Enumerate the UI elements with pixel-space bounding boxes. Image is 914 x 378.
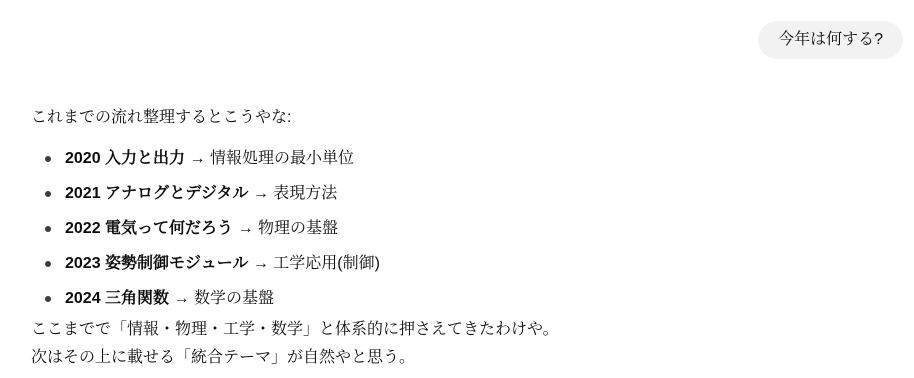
bullet-dot-icon (45, 226, 51, 232)
closing-line-2: 次はその上に載せる「統合テーマ」が自然やと思う。 (31, 344, 874, 372)
item-title: 2022 電気って何だろう (65, 220, 233, 237)
item-detail: → 情報処理の最小単位 (185, 150, 354, 167)
item-detail: → 数学の基盤 (169, 290, 274, 307)
list-item-2020: 2020 入力と出力 → 情報処理の最小単位 (65, 149, 874, 169)
item-title: 2023 姿勢制御モジュール (65, 255, 248, 272)
item-detail: → 表現方法 (248, 185, 337, 202)
bullet-dot-icon (45, 296, 51, 302)
item-detail: → 物理の基盤 (233, 220, 338, 237)
assistant-intro-text: これまでの流れ整理するとこうやな: (31, 108, 874, 128)
closing-line-1: ここまでで「情報・物理・工学・数学」と体系的に押さえてきたわけや。 (31, 316, 874, 344)
item-title: 2020 入力と出力 (65, 150, 185, 167)
chat-container: 今年は何する? これまでの流れ整理するとこうやな: 2020 入力と出力 → 情… (0, 0, 914, 378)
user-message-row: 今年は何する? (0, 0, 914, 59)
bullet-dot-icon (45, 156, 51, 162)
user-message-bubble: 今年は何する? (758, 21, 903, 59)
list-item-2022: 2022 電気って何だろう → 物理の基盤 (65, 219, 874, 239)
item-title: 2021 アナログとデジタル (65, 185, 248, 202)
assistant-closing: ここまでで「情報・物理・工学・数学」と体系的に押さえてきたわけや。 次はその上に… (31, 316, 874, 372)
list-item-2024: 2024 三角関数 → 数学の基盤 (65, 289, 874, 309)
bullet-dot-icon (45, 261, 51, 267)
bullet-dot-icon (45, 191, 51, 197)
yearly-summary-list: 2020 入力と出力 → 情報処理の最小単位 2021 アナログとデジタル → … (31, 149, 874, 309)
item-detail: → 工学応用(制御) (248, 255, 380, 272)
list-item-2023: 2023 姿勢制御モジュール → 工学応用(制御) (65, 254, 874, 274)
assistant-message: これまでの流れ整理するとこうやな: 2020 入力と出力 → 情報処理の最小単位… (31, 108, 874, 372)
item-title: 2024 三角関数 (65, 290, 169, 307)
list-item-2021: 2021 アナログとデジタル → 表現方法 (65, 184, 874, 204)
